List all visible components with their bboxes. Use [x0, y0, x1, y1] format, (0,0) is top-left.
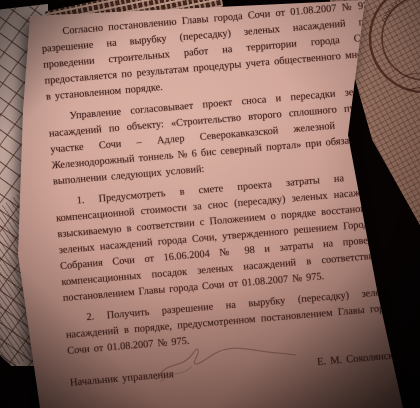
photo-of-document: города Соч Согласно постановлению Главы … — [0, 0, 420, 408]
document-paragraph: 1. Предусмотреть в смете проекта затраты… — [54, 167, 396, 307]
main-document-shadow: Согласно постановлению Главы города Сочи… — [0, 0, 420, 408]
main-document: Согласно постановлению Главы города Сочи… — [0, 0, 420, 408]
pencil-signature — [150, 336, 320, 386]
signature-name: Е. М. Соколянская — [317, 348, 404, 371]
document-text: Согласно постановлению Главы города Сочи… — [40, 0, 404, 392]
